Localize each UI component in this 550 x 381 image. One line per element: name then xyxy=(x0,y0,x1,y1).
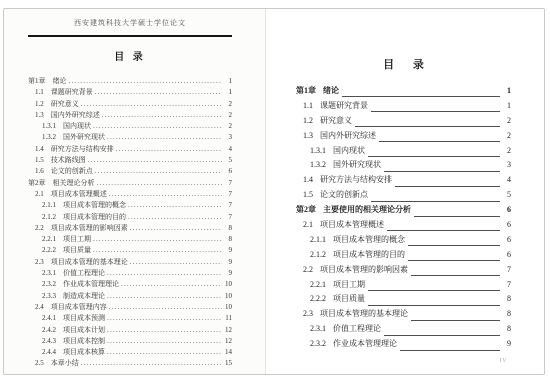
dotted-leader xyxy=(121,280,222,288)
toc-entry-title: 主要使用的相关理论分析 xyxy=(323,204,411,215)
toc-entry: 1.3.2国外研究现状3 xyxy=(296,159,511,174)
toc-entry-number: 1.4 xyxy=(35,145,44,153)
toc-entry-page: 8 xyxy=(503,294,511,303)
dotted-leader xyxy=(93,246,222,254)
toc-entry: 1.3国内外研究综述2 xyxy=(296,130,511,145)
toc-entry: 1.4研究方法与结构安排4 xyxy=(296,174,511,189)
toc-entry-title: 课题研究背景 xyxy=(51,87,93,97)
line-leader xyxy=(411,320,500,321)
toc-entry: 2.4.1项目成本预测11 xyxy=(28,313,232,324)
toc-entry-page: 2 xyxy=(503,146,511,155)
toc-entry: 1.3.1国内现状2 xyxy=(296,145,511,160)
toc-entry-title: 研究意义 xyxy=(320,115,352,126)
toc-entry: 2.2项目成本管理的影响因素7 xyxy=(296,264,511,279)
toc-entry-title: 项目成本控制 xyxy=(63,336,105,346)
dotted-leader xyxy=(107,269,222,277)
dotted-leader xyxy=(95,88,222,96)
toc-entry-title: 国外研究现状 xyxy=(333,159,381,170)
toc-entry: 2.3项目成本管理的基本理论9 xyxy=(28,257,232,268)
toc-entry-page: 6 xyxy=(503,235,511,244)
toc-entry: 1.5技术路线图5 xyxy=(28,155,232,166)
toc-entry: 2.2项目成本管理的影响因素8 xyxy=(28,223,232,234)
dotted-leader xyxy=(97,179,223,187)
toc-entry-number: 1.3 xyxy=(303,131,313,140)
toc-entry-number: 2.3 xyxy=(303,309,313,318)
toc-entry-title: 技术路线图 xyxy=(51,155,86,165)
thesis-header: 西安建筑科技大学硕士学位论文 xyxy=(28,18,232,28)
dotted-leader xyxy=(93,235,222,243)
toc-entry-title: 项目成本管理的概念 xyxy=(63,200,126,210)
dotted-leader xyxy=(116,145,222,153)
toc-entry: 1.1课题研究背景1 xyxy=(296,100,511,115)
toc-entry-number: 1.3.2 xyxy=(42,133,56,141)
toc-entry-number: 2.3.1 xyxy=(42,269,56,277)
toc-entry-page: 5 xyxy=(224,156,232,164)
toc-entry-page: 10 xyxy=(224,303,232,311)
line-leader xyxy=(379,141,500,142)
toc-entry-title: 项目质量 xyxy=(333,293,365,304)
dotted-leader xyxy=(95,167,222,175)
toc-entry-number: 2.2.2 xyxy=(42,246,56,254)
toc-entry: 2.1.2项目成本管理的目的6 xyxy=(296,249,511,264)
toc-entry: 第1章绪论1 xyxy=(28,76,232,87)
dotted-leader xyxy=(107,348,222,356)
toc-entry-title: 作业成本管理理论 xyxy=(333,338,397,349)
toc-entry: 2.4.3项目成本控制12 xyxy=(28,336,232,347)
toc-entry-title: 论文的创新点 xyxy=(51,166,93,176)
dotted-leader xyxy=(88,156,222,164)
toc-entry-title: 研究意义 xyxy=(51,99,79,109)
toc-entry-page: 10 xyxy=(224,280,232,288)
toc-entry-page: 15 xyxy=(224,359,232,367)
toc-entry: 2.2.1项目工期8 xyxy=(28,234,232,245)
toc-entry-page: 8 xyxy=(224,224,232,232)
toc-entry-page: 3 xyxy=(224,133,232,141)
toc-entry-title: 课题研究背景 xyxy=(320,100,368,111)
toc-entry-number: 2.1 xyxy=(303,220,313,229)
dotted-leader xyxy=(81,100,222,108)
toc-entry: 第1章绪论1 xyxy=(296,85,511,100)
toc-entry-title: 绪论 xyxy=(53,76,67,86)
toc-entry-number: 第2章 xyxy=(28,178,46,188)
toc-entry-page: 9 xyxy=(503,339,511,348)
toc-list-left: 第1章绪论11.1课题研究背景11.2研究意义21.3国内外研究综述21.3.1… xyxy=(28,76,232,370)
toc-entry-number: 2.1.2 xyxy=(310,250,326,259)
toc-entry: 2.3项目成本管理的基本理论8 xyxy=(296,308,511,323)
toc-entry-page: 4 xyxy=(503,175,511,184)
toc-entry-number: 1.5 xyxy=(303,190,313,199)
toc-entry: 2.1.1项目成本管理的概念6 xyxy=(296,234,511,249)
toc-entry-page: 6 xyxy=(503,250,511,259)
toc-entry-title: 项目成本计划 xyxy=(63,325,105,335)
toc-entry-title: 论文的创新点 xyxy=(320,189,368,200)
toc-entry-title: 国内外研究综述 xyxy=(320,130,376,141)
toc-entry-number: 2.3.2 xyxy=(42,280,56,288)
line-leader xyxy=(387,230,500,231)
toc-entry-title: 国内现状 xyxy=(333,145,365,156)
line-leader xyxy=(395,186,500,187)
toc-entry-page: 2 xyxy=(503,116,511,125)
toc-entry-title: 研究方法与结构安排 xyxy=(320,174,392,185)
toc-entry-number: 2.4.1 xyxy=(42,314,56,322)
dotted-leader xyxy=(130,224,222,232)
toc-entry-number: 2.2.1 xyxy=(310,280,326,289)
toc-entry: 2.1.2项目成本管理的目的7 xyxy=(28,212,232,223)
toc-entry-title: 研究方法与结构安排 xyxy=(51,144,114,154)
toc-entry-page: 6 xyxy=(503,220,511,229)
toc-entry-page: 7 xyxy=(224,213,232,221)
toc-entry-page: 10 xyxy=(224,292,232,300)
toc-entry-title: 国外研究现状 xyxy=(63,132,105,142)
toc-entry: 1.2研究意义2 xyxy=(28,99,232,110)
line-leader xyxy=(355,126,500,127)
toc-entry-number: 1.2 xyxy=(303,116,313,125)
line-leader xyxy=(411,275,500,276)
toc-entry-number: 2.3.3 xyxy=(42,292,56,300)
toc-entry-title: 相关理论分析 xyxy=(53,178,95,188)
line-leader xyxy=(371,201,500,202)
toc-entry-page: 4 xyxy=(224,145,232,153)
dotted-leader xyxy=(107,133,222,141)
toc-entry-title: 项目成本管理的基本理论 xyxy=(51,257,128,267)
toc-entry: 1.4研究方法与结构安排4 xyxy=(28,144,232,155)
toc-entry-number: 第1章 xyxy=(28,76,46,86)
toc-entry-page: 5 xyxy=(503,190,511,199)
toc-entry-page: 11 xyxy=(224,314,232,322)
toc-entry-number: 2.3.1 xyxy=(310,324,326,333)
toc-entry-page: 7 xyxy=(503,280,511,289)
toc-entry-number: 1.3.2 xyxy=(310,160,326,169)
toc-entry-number: 第2章 xyxy=(296,204,316,215)
toc-list-right: 第1章绪论11.1课题研究背景11.2研究意义21.3国内外研究综述21.3.1… xyxy=(296,85,511,353)
toc-entry-title: 项目成本管理概述 xyxy=(320,219,384,230)
toc-entry: 2.4.4项目成本核算14 xyxy=(28,347,232,358)
toc-entry: 1.5论文的创新点5 xyxy=(296,189,511,204)
line-leader xyxy=(384,171,500,172)
toc-entry: 2.3.1价值工程理论9 xyxy=(28,268,232,279)
toc-entry: 2.3.2作业成本管理理论10 xyxy=(28,279,232,290)
page-number: IV xyxy=(500,358,507,364)
toc-entry-number: 1.3.1 xyxy=(42,122,56,130)
toc-entry-page: 12 xyxy=(224,326,232,334)
toc-entry-page: 2 xyxy=(224,122,232,130)
toc-title-right: 目 录 xyxy=(296,56,511,72)
toc-entry-title: 项目工期 xyxy=(333,279,365,290)
line-leader xyxy=(400,350,500,351)
toc-entry-number: 2.5 xyxy=(35,359,44,367)
line-leader xyxy=(368,156,500,157)
toc-entry-page: 1 xyxy=(224,77,232,85)
toc-entry-number: 2.4 xyxy=(35,303,44,311)
toc-entry-number: 第1章 xyxy=(296,85,316,96)
toc-entry-number: 1.1 xyxy=(303,101,313,110)
toc-entry-page: 2 xyxy=(503,131,511,140)
dotted-leader xyxy=(107,314,222,322)
toc-entry-page: 9 xyxy=(224,269,232,277)
toc-entry-title: 项目成本管理概述 xyxy=(51,189,107,199)
dotted-leader xyxy=(109,303,222,311)
toc-entry-title: 作业成本管理理论 xyxy=(63,279,119,289)
dotted-leader xyxy=(107,337,222,345)
toc-entry-number: 1.2 xyxy=(35,100,44,108)
toc-page-left: 西安建筑科技大学硕士学位论文 目 录 第1章绪论11.1课题研究背景11.2研究… xyxy=(4,9,266,374)
toc-entry: 1.3国内外研究综述2 xyxy=(28,110,232,121)
toc-entry-page: 1 xyxy=(224,88,232,96)
toc-page-right: 目 录 第1章绪论11.1课题研究背景11.2研究意义21.3国内外研究综述21… xyxy=(266,9,544,374)
toc-entry-page: 9 xyxy=(224,258,232,266)
toc-entry-page: 7 xyxy=(503,265,511,274)
header-rule xyxy=(28,35,232,37)
toc-entry-number: 1.5 xyxy=(35,156,44,164)
toc-entry-title: 项目成本管理的影响因素 xyxy=(320,264,408,275)
toc-entry-title: 国内外研究综述 xyxy=(51,110,100,120)
line-leader xyxy=(408,260,500,261)
toc-entry-number: 2.3.2 xyxy=(310,339,326,348)
toc-entry: 1.1课题研究背景1 xyxy=(28,87,232,98)
toc-entry: 2.3.1价值工程理论8 xyxy=(296,323,511,338)
dotted-leader xyxy=(128,201,222,209)
toc-entry: 2.1项目成本管理概述7 xyxy=(28,189,232,200)
toc-entry: 2.2.2项目质量8 xyxy=(296,293,511,308)
line-leader xyxy=(368,305,500,306)
toc-entry-page: 2 xyxy=(224,111,232,119)
dotted-leader xyxy=(107,292,222,300)
line-leader xyxy=(384,335,500,336)
toc-entry-number: 2.1.1 xyxy=(42,201,56,209)
toc-entry-number: 2.2 xyxy=(35,224,44,232)
toc-entry-title: 项目成本管理的目的 xyxy=(333,249,405,260)
toc-entry: 1.3.2国外研究现状3 xyxy=(28,132,232,143)
toc-entry-page: 6 xyxy=(224,167,232,175)
toc-entry: 2.3.2作业成本管理理论9 xyxy=(296,338,511,353)
toc-entry-page: 8 xyxy=(224,235,232,243)
toc-entry-number: 1.6 xyxy=(35,167,44,175)
toc-entry: 1.6论文的创新点6 xyxy=(28,166,232,177)
toc-entry-number: 2.4.3 xyxy=(42,337,56,345)
toc-entry-number: 2.2.2 xyxy=(310,294,326,303)
toc-entry-number: 2.1 xyxy=(35,190,44,198)
toc-entry-number: 2.1.1 xyxy=(310,235,326,244)
toc-entry-number: 2.2 xyxy=(303,265,313,274)
toc-entry-number: 2.2.1 xyxy=(42,235,56,243)
dotted-leader xyxy=(81,359,222,367)
toc-entry: 第2章相关理论分析7 xyxy=(28,178,232,189)
toc-entry-title: 项目成本管理的影响因素 xyxy=(51,223,128,233)
toc-entry: 第2章主要使用的相关理论分析6 xyxy=(296,204,511,219)
toc-entry-title: 项目成本管理的基本理论 xyxy=(320,308,408,319)
dotted-leader xyxy=(128,213,222,221)
line-leader xyxy=(368,290,500,291)
toc-entry: 2.1.1项目成本管理的概念7 xyxy=(28,200,232,211)
toc-entry-page: 7 xyxy=(224,190,232,198)
line-leader xyxy=(371,111,500,112)
toc-entry-title: 项目工期 xyxy=(63,234,91,244)
toc-entry-title: 价值工程理论 xyxy=(333,323,381,334)
toc-entry-page: 3 xyxy=(503,160,511,169)
toc-entry-page: 6 xyxy=(503,205,511,214)
dotted-leader xyxy=(69,77,223,85)
toc-entry-number: 2.1.2 xyxy=(42,213,56,221)
toc-entry-page: 2 xyxy=(224,100,232,108)
toc-entry-title: 项目成本预测 xyxy=(63,313,105,323)
toc-entry-page: 1 xyxy=(503,86,511,95)
toc-entry-title: 项目成本核算 xyxy=(63,347,105,357)
toc-entry-page: 9 xyxy=(224,246,232,254)
line-leader xyxy=(414,216,500,217)
toc-entry-number: 2.4.2 xyxy=(42,326,56,334)
toc-entry-page: 14 xyxy=(224,348,232,356)
toc-entry: 2.2.1项目工期7 xyxy=(296,279,511,294)
toc-entry-title: 制造成本理论 xyxy=(63,291,105,301)
toc-entry-number: 1.1 xyxy=(35,88,44,96)
toc-entry-page: 7 xyxy=(224,201,232,209)
toc-title-left: 目 录 xyxy=(28,48,232,63)
toc-entry: 2.4.2项目成本计划12 xyxy=(28,325,232,336)
line-leader xyxy=(408,245,500,246)
toc-entry-title: 绪论 xyxy=(323,85,339,96)
toc-entry: 2.5本章小结15 xyxy=(28,358,232,369)
dotted-leader xyxy=(109,190,222,198)
toc-entry-page: 8 xyxy=(503,309,511,318)
dotted-leader xyxy=(93,122,222,130)
toc-entry: 2.2.2项目质量9 xyxy=(28,245,232,256)
toc-entry-number: 1.3.1 xyxy=(310,146,326,155)
toc-entry: 2.1项目成本管理概述6 xyxy=(296,219,511,234)
toc-entry-number: 2.4.4 xyxy=(42,348,56,356)
toc-entry-number: 2.3 xyxy=(35,258,44,266)
toc-entry-number: 1.4 xyxy=(303,175,313,184)
toc-entry-title: 项目成本管理内容 xyxy=(51,302,107,312)
toc-entry: 2.3.3制造成本理论10 xyxy=(28,291,232,302)
toc-entry-page: 12 xyxy=(224,337,232,345)
toc-entry-title: 项目质量 xyxy=(63,245,91,255)
toc-entry-title: 价值工程理论 xyxy=(63,268,105,278)
toc-entry-number: 1.3 xyxy=(35,111,44,119)
toc-entry-title: 项目成本管理的概念 xyxy=(333,234,405,245)
toc-entry-page: 1 xyxy=(503,101,511,110)
page-spread: 西安建筑科技大学硕士学位论文 目 录 第1章绪论11.1课题研究背景11.2研究… xyxy=(3,8,545,375)
toc-entry: 1.2研究意义2 xyxy=(296,115,511,130)
toc-entry: 1.3.1国内现状2 xyxy=(28,121,232,132)
toc-entry-page: 8 xyxy=(503,324,511,333)
toc-entry-title: 国内现状 xyxy=(63,121,91,131)
toc-entry-title: 本章小结 xyxy=(51,358,79,368)
toc-entry: 2.4项目成本管理内容10 xyxy=(28,302,232,313)
dotted-leader xyxy=(107,326,222,334)
line-leader xyxy=(342,96,500,97)
dotted-leader xyxy=(130,258,222,266)
toc-entry-page: 7 xyxy=(224,179,232,187)
toc-entry-title: 项目成本管理的目的 xyxy=(63,212,126,222)
dotted-leader xyxy=(102,111,222,119)
